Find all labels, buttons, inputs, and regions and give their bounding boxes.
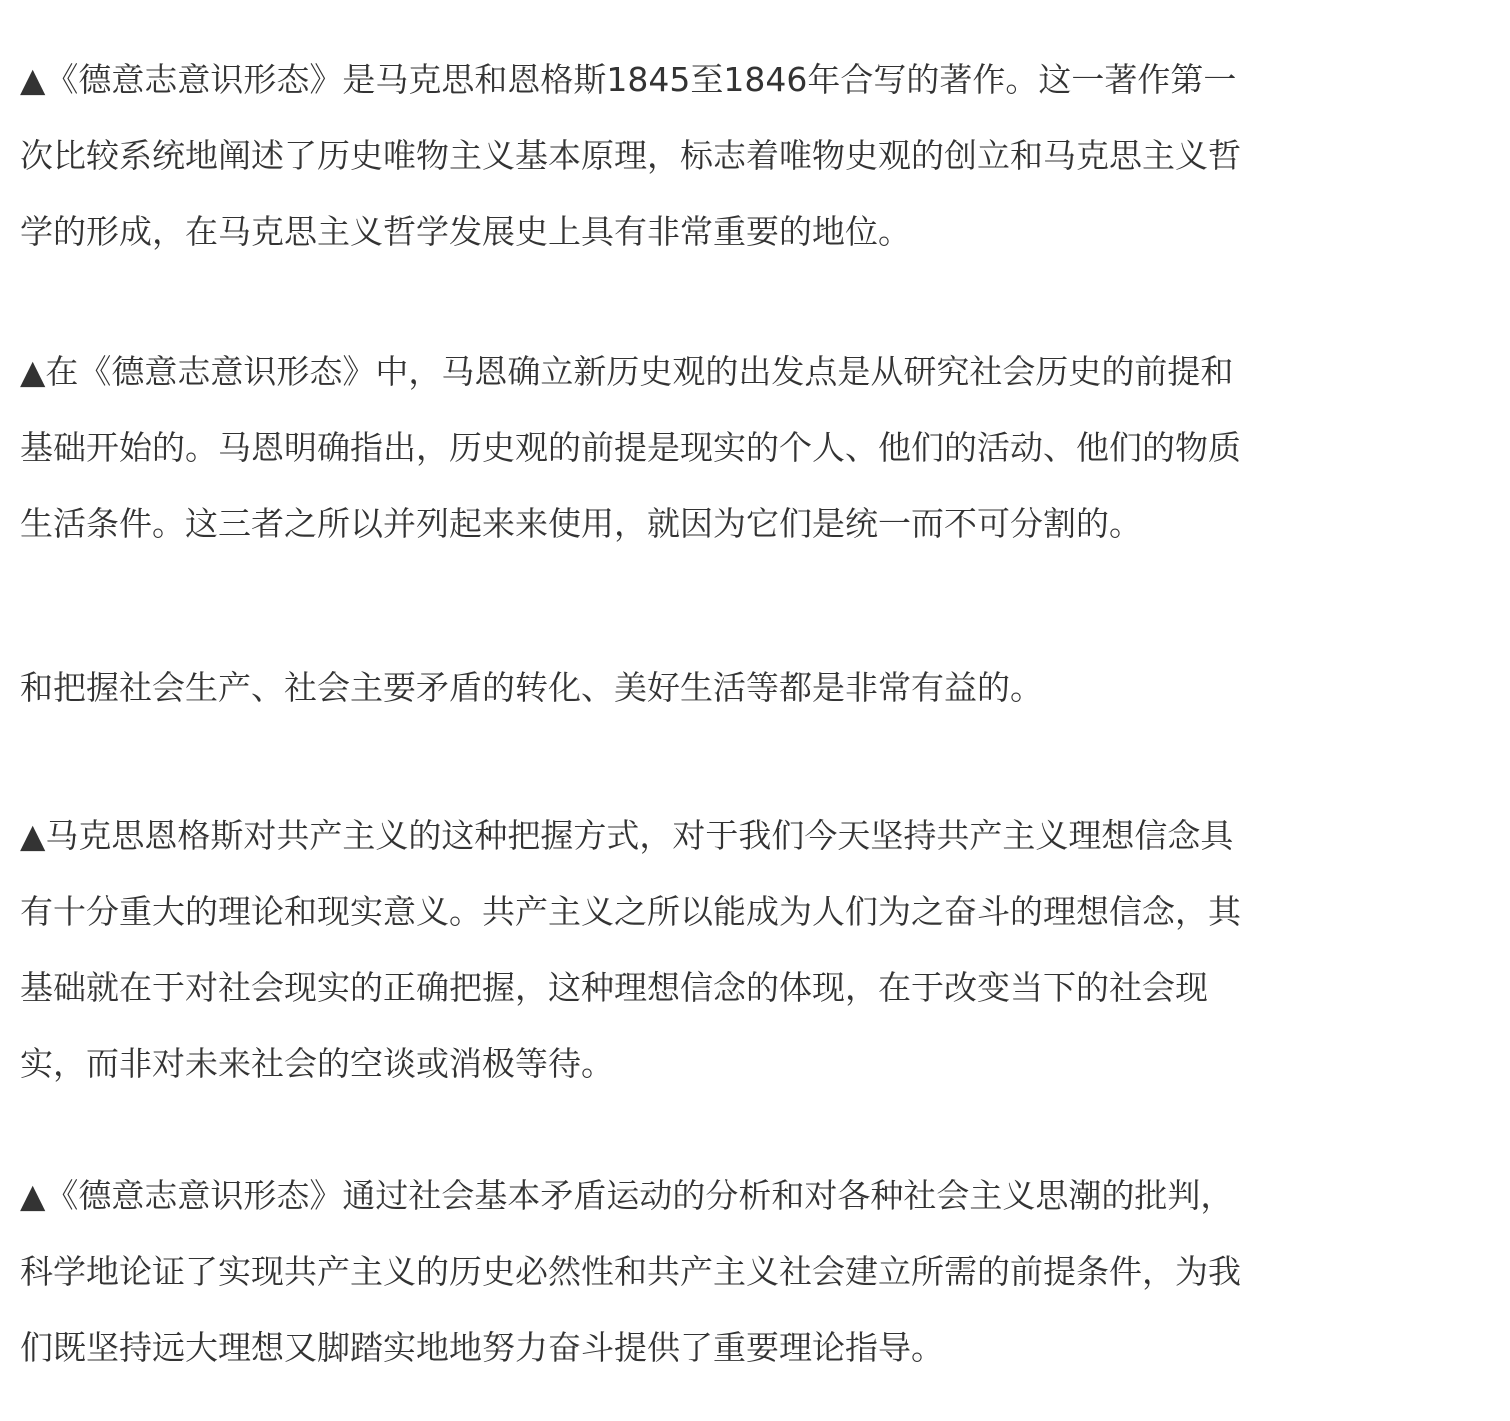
paragraph-line: 和把握社会生产、社会主要矛盾的转化、美好生活等都是非常有益的。 — [20, 650, 1500, 726]
paragraph-line: ▲《德意志意识形态》是马克思和恩格斯1845至1846年合写的著作。这一著作第一 — [20, 42, 1500, 118]
paragraph-line: 有十分重大的理论和现实意义。共产主义之所以能成为人们为之奋斗的理想信念，其 — [20, 874, 1500, 950]
clipped-text-line — [20, 602, 1500, 646]
paragraph-line: 基础开始的。马恩明确指出，历史观的前提是现实的个人、他们的活动、他们的物质 — [20, 410, 1500, 486]
paragraph-2: ▲在《德意志意识形态》中，马恩确立新历史观的出发点是从研究社会历史的前提和 基础… — [20, 334, 1500, 562]
paragraph-line: 次比较系统地阐述了历史唯物主义基本原理，标志着唯物史观的创立和马克思主义哲 — [20, 118, 1500, 194]
paragraph-1: ▲《德意志意识形态》是马克思和恩格斯1845至1846年合写的著作。这一著作第一… — [20, 42, 1500, 270]
paragraph-line: 科学地论证了实现共产主义的历史必然性和共产主义社会建立所需的前提条件，为我 — [20, 1234, 1500, 1310]
paragraph-line: 们既坚持远大理想又脚踏实地地努力奋斗提供了重要理论指导。 — [20, 1310, 1500, 1386]
paragraph-5: ▲《德意志意识形态》通过社会基本矛盾运动的分析和对各种社会主义思潮的批判， 科学… — [20, 1158, 1500, 1386]
paragraph-line: ▲《德意志意识形态》通过社会基本矛盾运动的分析和对各种社会主义思潮的批判， — [20, 1158, 1500, 1234]
paragraph-4: ▲马克思恩格斯对共产主义的这种把握方式，对于我们今天坚持共产主义理想信念具 有十… — [20, 798, 1500, 1102]
paragraph-3: 和把握社会生产、社会主要矛盾的转化、美好生活等都是非常有益的。 — [20, 650, 1500, 726]
paragraph-line: ▲马克思恩格斯对共产主义的这种把握方式，对于我们今天坚持共产主义理想信念具 — [20, 798, 1500, 874]
paragraph-line: ▲在《德意志意识形态》中，马恩确立新历史观的出发点是从研究社会历史的前提和 — [20, 334, 1500, 410]
paragraph-line: 学的形成，在马克思主义哲学发展史上具有非常重要的地位。 — [20, 194, 1500, 270]
paragraph-line: 生活条件。这三者之所以并列起来来使用，就因为它们是统一而不可分割的。 — [20, 486, 1500, 562]
paragraph-line: 实，而非对未来社会的空谈或消极等待。 — [20, 1026, 1500, 1102]
paragraph-line: 基础就在于对社会现实的正确把握，这种理想信念的体现，在于改变当下的社会现 — [20, 950, 1500, 1026]
